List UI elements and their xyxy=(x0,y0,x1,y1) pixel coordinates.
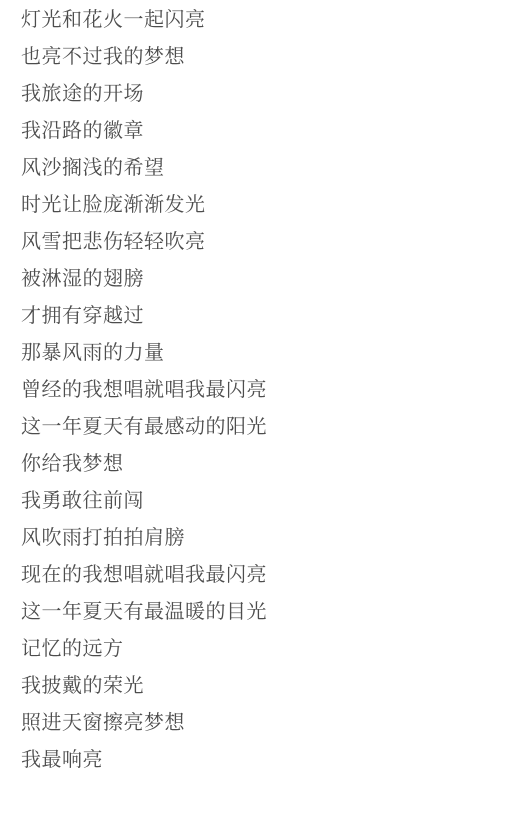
lyric-line: 被淋湿的翅膀 xyxy=(21,261,501,298)
lyric-line: 这一年夏天有最温暖的目光 xyxy=(21,594,501,631)
lyric-line: 现在的我想唱就唱我最闪亮 xyxy=(21,557,501,594)
lyric-line: 时光让脸庞渐渐发光 xyxy=(21,187,501,224)
lyrics-page: 灯光和花火一起闪亮也亮不过我的梦想我旅途的开场我沿路的徽章风沙搁浅的希望时光让脸… xyxy=(0,0,511,813)
lyric-line: 我旅途的开场 xyxy=(21,76,501,113)
lyric-line: 那暴风雨的力量 xyxy=(21,335,501,372)
lyric-line: 风吹雨打拍拍肩膀 xyxy=(21,520,501,557)
lyric-line: 我披戴的荣光 xyxy=(21,668,501,705)
lyric-line: 记忆的远方 xyxy=(21,631,501,668)
lyric-line: 风沙搁浅的希望 xyxy=(21,150,501,187)
lyric-line: 我勇敢往前闯 xyxy=(21,483,501,520)
lyric-line: 我沿路的徽章 xyxy=(21,113,501,150)
lyric-line: 照进天窗擦亮梦想 xyxy=(21,705,501,742)
lyric-line: 曾经的我想唱就唱我最闪亮 xyxy=(21,372,501,409)
lyric-line: 才拥有穿越过 xyxy=(21,298,501,335)
lyric-line: 这一年夏天有最感动的阳光 xyxy=(21,409,501,446)
lyric-line: 我最响亮 xyxy=(21,742,501,779)
lyric-line: 灯光和花火一起闪亮 xyxy=(21,2,501,39)
lyric-line: 风雪把悲伤轻轻吹亮 xyxy=(21,224,501,261)
lyrics-list: 灯光和花火一起闪亮也亮不过我的梦想我旅途的开场我沿路的徽章风沙搁浅的希望时光让脸… xyxy=(21,2,501,779)
lyric-line: 你给我梦想 xyxy=(21,446,501,483)
lyric-line: 也亮不过我的梦想 xyxy=(21,39,501,76)
